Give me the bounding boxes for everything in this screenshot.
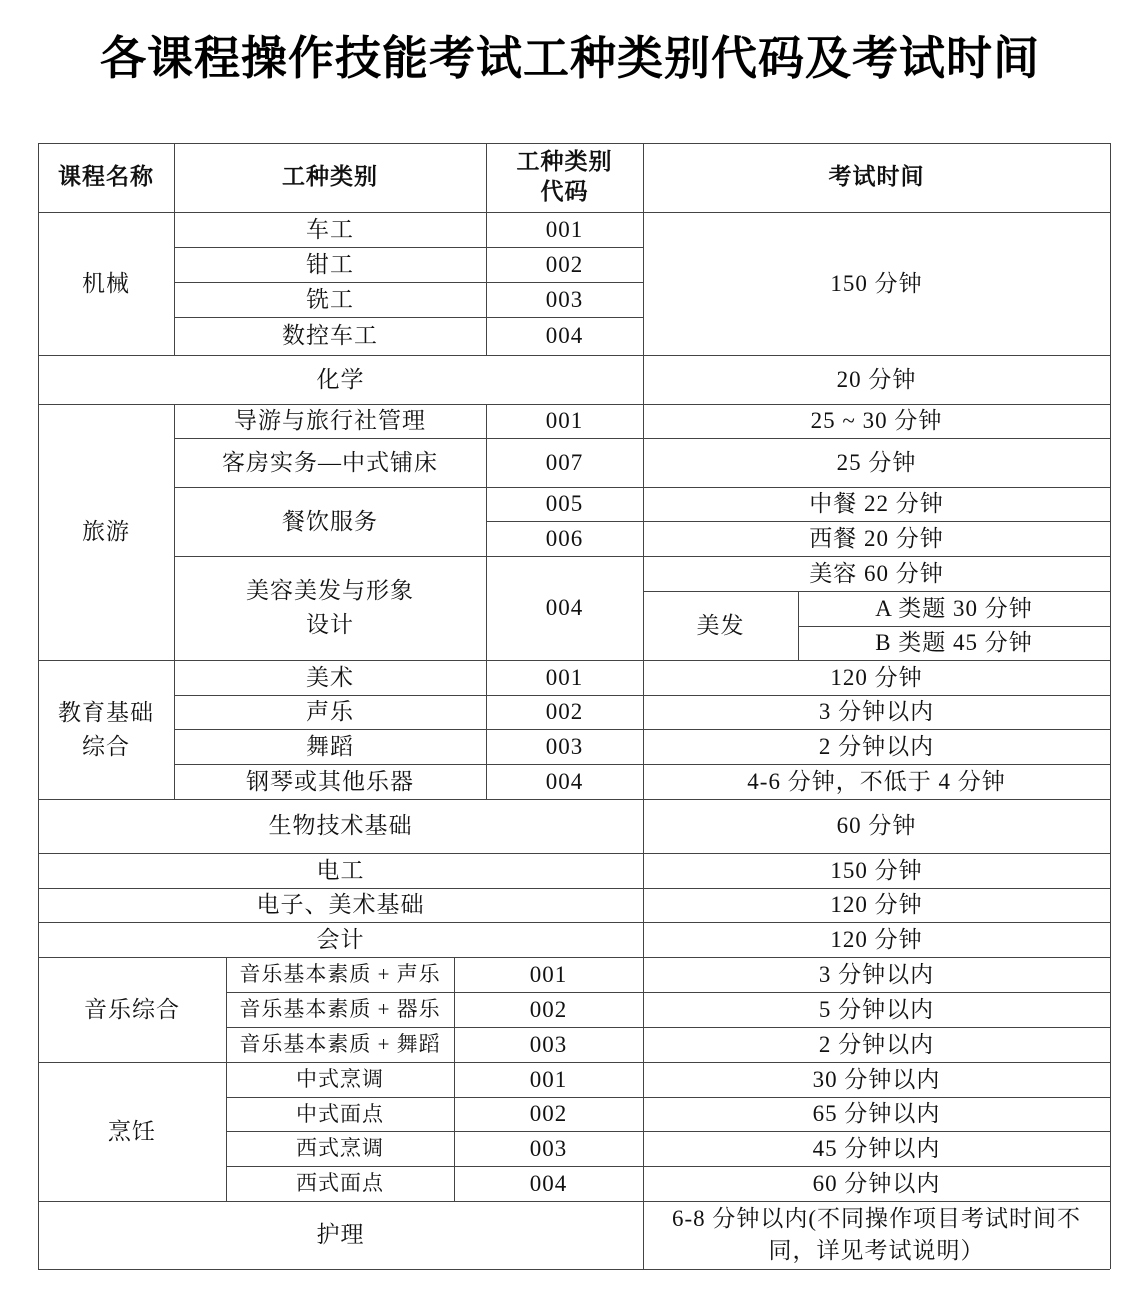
code-cell: 005 (486, 487, 643, 521)
code-cell: 003 (486, 282, 643, 317)
time-cell: 120 分钟 (643, 888, 1110, 922)
type-cell: 西式面点 (226, 1166, 454, 1201)
code-cell: 003 (454, 1027, 643, 1062)
code-cell: 002 (454, 1097, 643, 1131)
course-lvyou: 旅游 (38, 404, 174, 660)
type-cell: 美术 (174, 660, 486, 695)
time-cell: 150 分钟 (643, 212, 1110, 355)
type-cell: 钢琴或其他乐器 (174, 764, 486, 799)
exam-time-table: 课程名称 工种类别 工种类别 代码 考试时间 机械 车工 001 钳工 002 … (0, 0, 1140, 1294)
type-cell: 导游与旅行社管理 (174, 404, 486, 438)
code-cell: 003 (454, 1131, 643, 1166)
type-cell: 数控车工 (174, 317, 486, 355)
type-cell: 美容美发与形象 设计 (174, 556, 486, 660)
table-border-right (1110, 143, 1111, 1269)
header-type: 工种类别 (174, 143, 486, 212)
type-cell: 音乐基本素质 + 器乐 (226, 992, 454, 1027)
type-cell: 钳工 (174, 247, 486, 282)
type-line: 美容美发与形象 (246, 574, 414, 609)
time-cell: 120 分钟 (643, 660, 1110, 695)
time-cell: 西餐 20 分钟 (643, 521, 1110, 556)
time-cell: 150 分钟 (643, 853, 1110, 888)
code-cell: 004 (486, 317, 643, 355)
header-type-code: 工种类别 代码 (486, 143, 643, 212)
course-pengren: 烹饪 (38, 1062, 226, 1201)
course-huli: 护理 (38, 1201, 643, 1269)
course-cell: 生物技术基础 (38, 799, 643, 853)
time-cell: 3 分钟以内 (643, 957, 1110, 992)
header-type-code-line1: 工种类别 (517, 148, 613, 178)
time-cell: B 类题 45 分钟 (798, 626, 1110, 660)
time-cell: 30 分钟以内 (643, 1062, 1110, 1097)
code-cell: 002 (454, 992, 643, 1027)
time-cell: 120 分钟 (643, 922, 1110, 957)
code-cell: 001 (486, 212, 643, 247)
code-cell: 004 (486, 556, 643, 660)
code-cell: 003 (486, 729, 643, 764)
time-cell: 25 ~ 30 分钟 (643, 404, 1110, 438)
code-cell: 004 (486, 764, 643, 799)
time-line: 6-8 分钟以内(不同操作项目考试时间不 (672, 1203, 1081, 1235)
type-line: 设计 (306, 608, 354, 643)
course-line: 教育基础 (58, 696, 154, 729)
type-cell: 西式烹调 (226, 1131, 454, 1166)
code-cell: 001 (486, 404, 643, 438)
course-jixie: 机械 (38, 212, 174, 355)
time-cell: 2 分钟以内 (643, 729, 1110, 764)
type-cell: 餐饮服务 (174, 487, 486, 556)
time-cell: 60 分钟以内 (643, 1166, 1110, 1201)
code-cell: 002 (486, 695, 643, 729)
table-border-bottom (38, 1269, 1110, 1270)
time-line: 同，详见考试说明） (769, 1235, 985, 1267)
type-cell: 声乐 (174, 695, 486, 729)
time-cell: 4-6 分钟，不低于 4 分钟 (643, 764, 1110, 799)
time-cell: 6-8 分钟以内(不同操作项目考试时间不 同，详见考试说明） (643, 1201, 1110, 1269)
time-cell: 5 分钟以内 (643, 992, 1110, 1027)
code-cell: 001 (454, 957, 643, 992)
time-cell: 45 分钟以内 (643, 1131, 1110, 1166)
time-cell: 3 分钟以内 (643, 695, 1110, 729)
time-cell: 中餐 22 分钟 (643, 487, 1110, 521)
type-cell: 中式面点 (226, 1097, 454, 1131)
meifa-label: 美发 (643, 591, 798, 660)
type-cell: 舞蹈 (174, 729, 486, 764)
type-cell: 铣工 (174, 282, 486, 317)
course-yinyue: 音乐综合 (38, 957, 226, 1062)
code-cell: 001 (486, 660, 643, 695)
time-cell: 美容 60 分钟 (643, 556, 1110, 591)
type-cell: 中式烹调 (226, 1062, 454, 1097)
type-cell: 音乐基本素质 + 舞蹈 (226, 1027, 454, 1062)
course-cell: 电工 (38, 853, 643, 888)
course-cell: 会计 (38, 922, 643, 957)
course-jiaoyu: 教育基础 综合 (38, 660, 174, 799)
code-cell: 006 (486, 521, 643, 556)
time-cell: 2 分钟以内 (643, 1027, 1110, 1062)
header-exam-time: 考试时间 (643, 143, 1110, 212)
code-cell: 002 (486, 247, 643, 282)
header-type-code-line2: 代码 (541, 178, 589, 208)
course-huaxue: 化学 (38, 355, 643, 404)
time-cell: 20 分钟 (643, 355, 1110, 404)
type-cell: 客房实务—中式铺床 (174, 438, 486, 487)
code-cell: 004 (454, 1166, 643, 1201)
code-cell: 007 (486, 438, 643, 487)
time-cell: A 类题 30 分钟 (798, 591, 1110, 626)
time-cell: 65 分钟以内 (643, 1097, 1110, 1131)
type-cell: 音乐基本素质 + 声乐 (226, 957, 454, 992)
course-line: 综合 (82, 730, 130, 763)
course-cell: 电子、美术基础 (38, 888, 643, 922)
code-cell: 001 (454, 1062, 643, 1097)
header-course-name: 课程名称 (38, 143, 174, 212)
time-cell: 25 分钟 (643, 438, 1110, 487)
type-cell: 车工 (174, 212, 486, 247)
time-cell: 60 分钟 (643, 799, 1110, 853)
